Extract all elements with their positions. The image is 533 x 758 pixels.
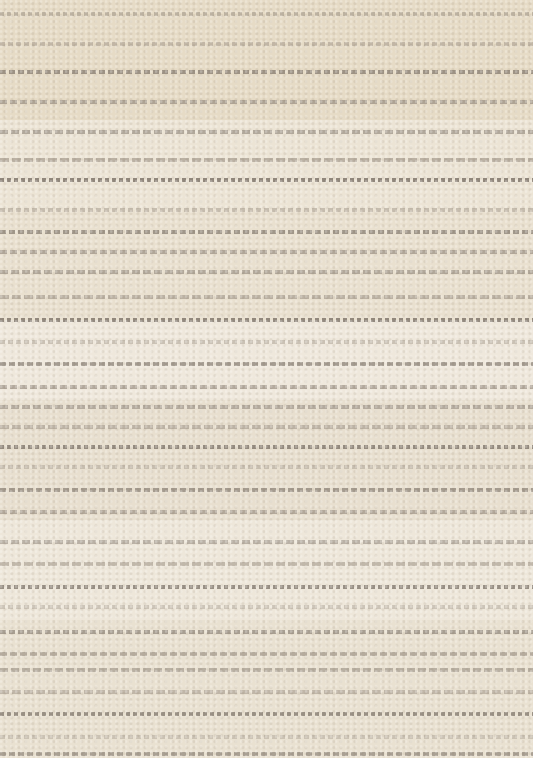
stitch-row — [0, 630, 533, 634]
stitch-row — [0, 208, 533, 212]
stitch-row — [0, 510, 533, 514]
stitch-row — [0, 465, 533, 469]
stitch-row — [0, 652, 533, 656]
stitch-row — [0, 752, 533, 756]
stitch-row — [0, 295, 533, 299]
stitch-row — [0, 425, 533, 429]
rug-photo — [0, 0, 533, 758]
stitch-row — [0, 158, 533, 162]
stitch-row — [0, 12, 533, 16]
stitch-row — [0, 42, 533, 46]
stitch-row — [0, 250, 533, 254]
stitch-row — [0, 540, 533, 544]
stitch-row — [0, 488, 533, 492]
stitch-row — [0, 70, 533, 74]
stitch-row — [0, 270, 533, 274]
stitch-row — [0, 735, 533, 739]
stitch-row — [0, 130, 533, 134]
color-band — [0, 210, 533, 320]
stitch-row — [0, 605, 533, 609]
color-band — [0, 400, 533, 520]
stitch-row — [0, 585, 533, 589]
stitch-row — [0, 100, 533, 104]
stitch-row — [0, 230, 533, 234]
stitch-row — [0, 690, 533, 694]
stitch-row — [0, 385, 533, 389]
stitch-row — [0, 340, 533, 344]
stitch-row — [0, 178, 533, 182]
stitch-row — [0, 318, 533, 322]
stitch-row — [0, 405, 533, 409]
stitch-row — [0, 362, 533, 366]
stitch-row — [0, 562, 533, 566]
stitch-row — [0, 445, 533, 449]
stitch-row — [0, 712, 533, 716]
stitch-row — [0, 668, 533, 672]
